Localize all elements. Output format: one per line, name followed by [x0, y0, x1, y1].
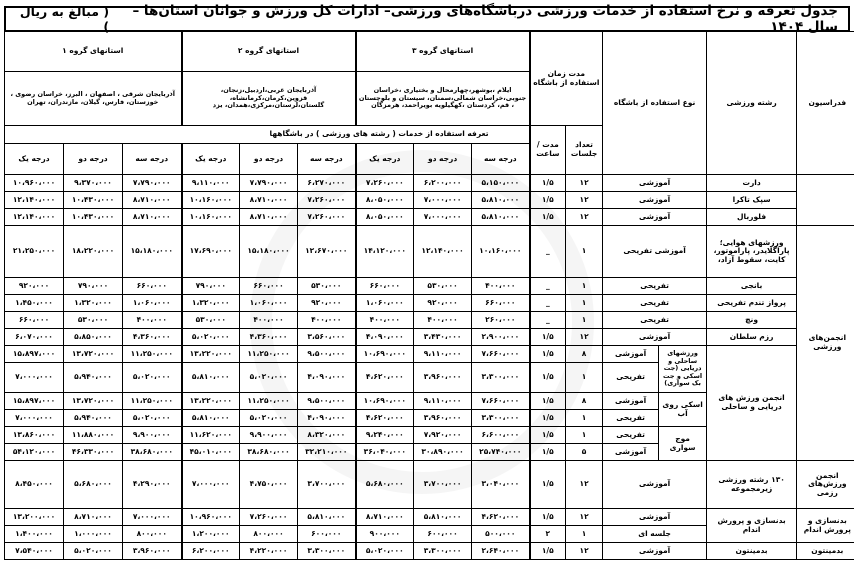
- g1-grade3-price: ۳،۹۶۰،۰۰۰: [123, 543, 182, 560]
- g1-grade1-price: ۱،۴۰۰،۰۰۰: [5, 526, 64, 543]
- sport-name: رزم سلطان: [707, 329, 797, 346]
- g2-grade1-price: ۵،۸۱۰،۰۰۰: [182, 410, 240, 427]
- g1-grade3-price: ۴،۳۶۰،۰۰۰: [123, 329, 182, 346]
- usage-type: آموزشی: [603, 209, 707, 226]
- g3-grade2-price: ۳،۹۶۰،۰۰۰: [414, 410, 472, 427]
- g3-grade3-price: ۲،۶۴۰،۰۰۰: [472, 543, 530, 560]
- g1-grade2-price: ۱۳،۷۲۰،۰۰۰: [64, 346, 123, 363]
- g3-grade1-price: ۴،۶۲۰،۰۰۰: [356, 363, 414, 393]
- g3-grade2-price: ۳،۴۳۰،۰۰۰: [414, 329, 472, 346]
- duration-hours: ۱/۵: [530, 427, 566, 444]
- usage-type: آموزشی: [603, 444, 659, 461]
- duration-hours: ۱/۵: [530, 444, 566, 461]
- header-sessions: تعداد جلسات: [566, 126, 603, 175]
- sport-name: ۱۳۰ رشته ورزشی زیرمجموعه: [707, 461, 797, 509]
- g2-grade3-price: ۴،۰۹۰،۰۰۰: [298, 410, 356, 427]
- table-row: ۲۰ انجمن‌های ورزشی ورزشهای هوایی؛ پاراگل…: [5, 226, 854, 278]
- g3-grade1-price: ۶۶۰،۰۰۰: [356, 278, 414, 295]
- duration-hours: ۱/۵: [530, 509, 566, 526]
- g1-grade1-price: ۷،۵۴۰،۰۰۰: [5, 543, 64, 560]
- g1-grade3-price: ۷،۰۰۰،۰۰۰: [123, 509, 182, 526]
- g1-grade3-price: ۸،۷۱۰،۰۰۰: [123, 192, 182, 209]
- sessions-count: ۱۲: [566, 175, 603, 192]
- table-row: ۲۲ پرواز تندم تفریحی تفریحی ۱ _ ۶۶۰،۰۰۰ …: [5, 295, 854, 312]
- g1-grade2-price: ۱،۰۰۰،۰۰۰: [64, 526, 123, 543]
- g3-grade1-price: ۵،۰۲۰،۰۰۰: [356, 543, 414, 560]
- federation-martial-association: انجمن ورزش‌های رزمی: [797, 461, 854, 509]
- subsport-surfing: موج سواری: [659, 427, 707, 461]
- g3-grade3-price: ۱۰،۱۶۰،۰۰۰: [472, 226, 530, 278]
- header-g2-grade3: درجه سه: [298, 144, 356, 175]
- g3-grade1-price: ۹۰۰،۰۰۰: [356, 526, 414, 543]
- usage-type: تفریحی: [603, 363, 659, 393]
- sport-name: سپک تاکرا: [707, 192, 797, 209]
- header-group2-label: استانهای گروه ۲: [182, 32, 356, 72]
- duration-hours: _: [530, 312, 566, 329]
- g1-grade2-price: ۱۳،۷۲۰،۰۰۰: [64, 393, 123, 410]
- g3-grade2-price: ۱۲،۱۴۰،۰۰۰: [414, 226, 472, 278]
- g2-grade1-price: ۶،۲۰۰،۰۰۰: [182, 543, 240, 560]
- document-title-bar: جدول تعرفه و نرخ استفاده از خدمات ورزشی …: [4, 6, 850, 32]
- g1-grade2-price: ۱۱،۸۸۰،۰۰۰: [64, 427, 123, 444]
- table-row: ۱۸ سپک تاکرا آموزشی ۱۲ ۱/۵ ۵،۸۱۰،۰۰۰ ۷،۰…: [5, 192, 854, 209]
- usage-type: آموزشی: [603, 175, 707, 192]
- sessions-count: ۸: [566, 346, 603, 363]
- table-row: ۳۲ بدنسازی و پرورش اندام بدنسازی و پرورش…: [5, 509, 854, 526]
- g3-grade3-price: ۵،۸۱۰،۰۰۰: [472, 192, 530, 209]
- g2-grade3-price: ۹،۵۰۰،۰۰۰: [298, 393, 356, 410]
- g2-grade1-price: ۷،۰۰۰،۰۰۰: [182, 461, 240, 509]
- g3-grade3-price: ۷،۶۶۰،۰۰۰: [472, 346, 530, 363]
- g3-grade1-price: ۸،۷۱۰،۰۰۰: [356, 509, 414, 526]
- g2-grade1-price: ۷۹۰،۰۰۰: [182, 278, 240, 295]
- g3-grade2-price: ۳،۷۰۰،۰۰۰: [414, 461, 472, 509]
- g3-grade2-price: ۳۰،۸۹۰،۰۰۰: [414, 444, 472, 461]
- g1-grade1-price: ۷،۰۰۰،۰۰۰: [5, 363, 64, 393]
- g1-grade2-price: ۱۰،۴۳۰،۰۰۰: [64, 209, 123, 226]
- g1-grade1-price: ۱۲،۱۴۰،۰۰۰: [5, 209, 64, 226]
- g1-grade3-price: ۱۱،۲۵۰،۰۰۰: [123, 393, 182, 410]
- g3-grade3-price: ۶۶۰،۰۰۰: [472, 295, 530, 312]
- g2-grade2-price: ۱۱،۲۵۰،۰۰۰: [240, 393, 298, 410]
- usage-type: آموزشی: [603, 192, 707, 209]
- header-group2-provinces: آذربایجان غربی،اردبیل،زنجان، قزوین،کرمان…: [182, 72, 356, 126]
- g2-grade2-price: ۸۰۰،۰۰۰: [240, 526, 298, 543]
- header-g3-grade3: درجه سه: [472, 144, 530, 175]
- g3-grade3-price: ۲،۹۰۰،۰۰۰: [472, 329, 530, 346]
- usage-type: آموزشی: [603, 346, 659, 363]
- g3-grade1-price: ۸،۰۵۰،۰۰۰: [356, 209, 414, 226]
- g2-grade1-price: ۱۳،۲۲۰،۰۰۰: [182, 346, 240, 363]
- g3-grade3-price: ۵،۸۱۰،۰۰۰: [472, 209, 530, 226]
- sessions-count: ۱: [566, 278, 603, 295]
- g3-grade2-price: ۷،۰۰۰،۰۰۰: [414, 209, 472, 226]
- duration-hours: ۱/۵: [530, 543, 566, 560]
- g2-grade2-price: ۵،۰۲۰،۰۰۰: [240, 363, 298, 393]
- g2-grade2-price: ۹،۹۰۰،۰۰۰: [240, 427, 298, 444]
- table-row: ۱۷ دارت آموزشی ۱۲ ۱/۵ ۵،۱۵۰،۰۰۰ ۶،۲۰۰،۰۰…: [5, 175, 854, 192]
- g2-grade3-price: ۵،۸۱۰،۰۰۰: [298, 509, 356, 526]
- g3-grade2-price: ۶،۲۰۰،۰۰۰: [414, 175, 472, 192]
- g1-grade2-price: ۱۰،۴۳۰،۰۰۰: [64, 192, 123, 209]
- g2-grade1-price: ۱،۳۲۰،۰۰۰: [182, 295, 240, 312]
- subsport-jetski: ورزشهای ساحلی و دریایی (جت اسکی و جت بک …: [659, 346, 707, 393]
- usage-type: آموزشی تفریحی: [603, 226, 707, 278]
- g3-grade1-price: ۱۰،۶۹۰،۰۰۰: [356, 393, 414, 410]
- federation-cell: [797, 175, 854, 226]
- duration-hours: ۱/۵: [530, 175, 566, 192]
- g1-grade2-price: ۴۶،۳۳۰،۰۰۰: [64, 444, 123, 461]
- g2-grade1-price: ۱۰،۹۶۰،۰۰۰: [182, 509, 240, 526]
- g3-grade2-price: ۷،۹۲۰،۰۰۰: [414, 427, 472, 444]
- sessions-count: ۱: [566, 410, 603, 427]
- g2-grade2-price: ۴،۷۵۰،۰۰۰: [240, 461, 298, 509]
- g1-grade3-price: ۴۰۰،۰۰۰: [123, 312, 182, 329]
- g2-grade1-price: ۵،۸۱۰،۰۰۰: [182, 363, 240, 393]
- g1-grade2-price: ۵،۰۲۰،۰۰۰: [64, 543, 123, 560]
- g2-grade1-price: ۱۱،۶۲۰،۰۰۰: [182, 427, 240, 444]
- table-row: ۲۱ بانجی تفریحی ۱ _ ۴۰۰،۰۰۰ ۵۳۰،۰۰۰ ۶۶۰،…: [5, 278, 854, 295]
- g3-grade2-price: ۶۰۰،۰۰۰: [414, 526, 472, 543]
- g2-grade3-price: ۴،۰۹۰،۰۰۰: [298, 363, 356, 393]
- g2-grade1-price: ۱۰،۱۶۰،۰۰۰: [182, 209, 240, 226]
- federation-associations: انجمن‌های ورزشی: [797, 226, 854, 461]
- g2-grade1-price: ۴۵،۰۱۰،۰۰۰: [182, 444, 240, 461]
- g2-grade2-price: ۸،۷۱۰،۰۰۰: [240, 192, 298, 209]
- g2-grade1-price: ۱،۲۰۰،۰۰۰: [182, 526, 240, 543]
- g3-grade3-price: ۲۶۰،۰۰۰: [472, 312, 530, 329]
- g3-grade1-price: ۱۰،۶۹۰،۰۰۰: [356, 346, 414, 363]
- g3-grade2-price: ۳،۹۶۰،۰۰۰: [414, 363, 472, 393]
- g1-grade1-price: ۸،۴۵۰،۰۰۰: [5, 461, 64, 509]
- usage-type: تفریحی: [603, 295, 707, 312]
- sessions-count: ۱۲: [566, 329, 603, 346]
- g2-grade3-price: ۳،۷۰۰،۰۰۰: [298, 461, 356, 509]
- g1-grade2-price: ۵۳۰،۰۰۰: [64, 312, 123, 329]
- g2-grade3-price: ۳،۳۰۰،۰۰۰: [298, 543, 356, 560]
- g2-grade1-price: ۱۷،۶۹۰،۰۰۰: [182, 226, 240, 278]
- sessions-count: ۸: [566, 393, 603, 410]
- header-duration-group: مدت زمان استفاده از باشگاه: [530, 32, 603, 126]
- header-g3-grade2: درجه دو: [414, 144, 472, 175]
- g3-grade3-price: ۲۵،۷۴۰،۰۰۰: [472, 444, 530, 461]
- usage-type: آموزشی: [603, 329, 707, 346]
- g3-grade2-price: ۴۰۰،۰۰۰: [414, 312, 472, 329]
- g3-grade3-price: ۶،۶۰۰،۰۰۰: [472, 427, 530, 444]
- g3-grade3-price: ۷،۶۶۰،۰۰۰: [472, 393, 530, 410]
- g1-grade2-price: ۸،۷۱۰،۰۰۰: [64, 509, 123, 526]
- table-row: ۳۱ انجمن ورزش‌های رزمی ۱۳۰ رشته ورزشی زی…: [5, 461, 854, 509]
- duration-hours: ۱/۵: [530, 410, 566, 427]
- header-group3-label: استانهای گروه ۳: [356, 32, 530, 72]
- g2-grade3-price: ۷،۲۶۰،۰۰۰: [298, 209, 356, 226]
- g3-grade1-price: ۳۶،۰۴۰،۰۰۰: [356, 444, 414, 461]
- g2-grade2-price: ۸،۷۱۰،۰۰۰: [240, 209, 298, 226]
- duration-hours: ۱/۵: [530, 346, 566, 363]
- g3-grade3-price: ۳،۳۰۰،۰۰۰: [472, 410, 530, 427]
- sport-name: بانجی: [707, 278, 797, 295]
- usage-type: تفریحی: [603, 427, 659, 444]
- g1-grade3-price: ۸۰۰،۰۰۰: [123, 526, 182, 543]
- g3-grade1-price: ۱،۰۶۰،۰۰۰: [356, 295, 414, 312]
- g1-grade2-price: ۵،۹۴۰،۰۰۰: [64, 363, 123, 393]
- g1-grade3-price: ۴،۲۹۰،۰۰۰: [123, 461, 182, 509]
- g2-grade1-price: ۱۰،۱۶۰،۰۰۰: [182, 192, 240, 209]
- sport-name: فلوربال: [707, 209, 797, 226]
- g2-grade3-price: ۴۰۰،۰۰۰: [298, 312, 356, 329]
- duration-hours: _: [530, 226, 566, 278]
- table-row: ۳۴ بدمینتون بدمینتون آموزشی ۱۲ ۱/۵ ۲،۶۴۰…: [5, 543, 854, 560]
- g2-grade3-price: ۷،۲۶۰،۰۰۰: [298, 192, 356, 209]
- g1-grade2-price: ۵،۹۴۰،۰۰۰: [64, 410, 123, 427]
- g1-grade1-price: ۱۳،۸۶۰،۰۰۰: [5, 427, 64, 444]
- g3-grade2-price: ۷،۰۰۰،۰۰۰: [414, 192, 472, 209]
- g2-grade2-price: ۷،۷۹۰،۰۰۰: [240, 175, 298, 192]
- g1-grade1-price: ۶۶۰،۰۰۰: [5, 312, 64, 329]
- g3-grade3-price: ۴،۶۲۰،۰۰۰: [472, 509, 530, 526]
- g2-grade2-price: ۴۰۰،۰۰۰: [240, 312, 298, 329]
- g1-grade2-price: ۱،۳۲۰،۰۰۰: [64, 295, 123, 312]
- g1-grade3-price: ۷،۷۹۰،۰۰۰: [123, 175, 182, 192]
- g2-grade3-price: ۹۲۰،۰۰۰: [298, 295, 356, 312]
- sessions-count: ۱: [566, 312, 603, 329]
- sessions-count: ۱: [566, 526, 603, 543]
- g3-grade1-price: ۹،۲۴۰،۰۰۰: [356, 427, 414, 444]
- g1-grade2-price: ۵،۶۸۰،۰۰۰: [64, 461, 123, 509]
- g3-grade3-price: ۳،۰۴۰،۰۰۰: [472, 461, 530, 509]
- header-g1-grade1: درجه یک: [5, 144, 64, 175]
- duration-hours: ۱/۵: [530, 461, 566, 509]
- g2-grade1-price: ۵،۰۲۰،۰۰۰: [182, 329, 240, 346]
- tariff-document: جدول تعرفه و نرخ استفاده از خدمات ورزشی …: [0, 0, 854, 578]
- g2-grade1-price: ۵۳۰،۰۰۰: [182, 312, 240, 329]
- usage-type: آموزشی: [603, 543, 707, 560]
- duration-hours: ۱/۵: [530, 192, 566, 209]
- g1-grade3-price: ۱،۰۶۰،۰۰۰: [123, 295, 182, 312]
- g1-grade1-price: ۹۲۰،۰۰۰: [5, 278, 64, 295]
- usage-type: آموزشی: [603, 509, 707, 526]
- g2-grade2-price: ۳۸،۶۸۰،۰۰۰: [240, 444, 298, 461]
- sessions-count: ۱۲: [566, 192, 603, 209]
- header-g2-grade1: درجه یک: [182, 144, 240, 175]
- sport-name: دارت: [707, 175, 797, 192]
- table-row: ۲۴ رزم سلطان آموزشی ۱۲ ۱/۵ ۲،۹۰۰،۰۰۰ ۳،۴…: [5, 329, 854, 346]
- header-g3-grade1: درجه یک: [356, 144, 414, 175]
- federation-bodybuilding: بدنسازی و پرورش اندام: [797, 509, 854, 543]
- g2-grade1-price: ۹،۱۱۰،۰۰۰: [182, 175, 240, 192]
- g3-grade1-price: ۸،۰۵۰،۰۰۰: [356, 192, 414, 209]
- g2-grade3-price: ۳۲،۲۱۰،۰۰۰: [298, 444, 356, 461]
- g3-grade3-price: ۵،۱۵۰،۰۰۰: [472, 175, 530, 192]
- sessions-count: ۱: [566, 295, 603, 312]
- g1-grade1-price: ۱۲،۱۴۰،۰۰۰: [5, 192, 64, 209]
- g1-grade1-price: ۱،۴۵۰،۰۰۰: [5, 295, 64, 312]
- sessions-count: ۱: [566, 226, 603, 278]
- g1-grade1-price: ۱۵،۸۹۷،۰۰۰: [5, 393, 64, 410]
- g1-grade1-price: ۱۰،۹۶۰،۰۰۰: [5, 175, 64, 192]
- g2-grade3-price: ۶،۲۷۰،۰۰۰: [298, 175, 356, 192]
- sessions-count: ۱: [566, 427, 603, 444]
- g1-grade3-price: ۵،۰۲۰،۰۰۰: [123, 363, 182, 393]
- g3-grade2-price: ۵،۸۱۰،۰۰۰: [414, 509, 472, 526]
- g3-grade1-price: ۱۴،۱۲۰،۰۰۰: [356, 226, 414, 278]
- g1-grade3-price: ۵،۰۲۰،۰۰۰: [123, 410, 182, 427]
- duration-hours: _: [530, 295, 566, 312]
- header-tariff-caption: تعرفه استفاده از خدمات ( رشته های ورزشی …: [5, 126, 530, 144]
- g3-grade1-price: ۷،۲۶۰،۰۰۰: [356, 175, 414, 192]
- duration-hours: ۱/۵: [530, 209, 566, 226]
- duration-hours: _: [530, 278, 566, 295]
- header-usage-type: نوع استفاده از باشگاه: [603, 32, 707, 175]
- g2-grade3-price: ۳،۵۶۰،۰۰۰: [298, 329, 356, 346]
- g1-grade3-price: ۱۱،۲۵۰،۰۰۰: [123, 346, 182, 363]
- g1-grade1-price: ۲۱،۲۵۰،۰۰۰: [5, 226, 64, 278]
- sport-name: ونچ: [707, 312, 797, 329]
- sessions-count: ۱۲: [566, 509, 603, 526]
- g3-grade3-price: ۳،۳۰۰،۰۰۰: [472, 363, 530, 393]
- header-duration-hours: مدت /ساعت: [530, 126, 566, 175]
- sport-name: ورزشهای هوایی؛ پاراگلایدر، پاراموتور، کا…: [707, 226, 797, 278]
- table-row: ۲۳ ونچ تفریحی ۱ _ ۲۶۰،۰۰۰ ۴۰۰،۰۰۰ ۴۰۰،۰۰…: [5, 312, 854, 329]
- g3-grade2-price: ۹،۱۱۰،۰۰۰: [414, 393, 472, 410]
- g1-grade3-price: ۸،۷۱۰،۰۰۰: [123, 209, 182, 226]
- g1-grade3-price: ۹،۹۰۰،۰۰۰: [123, 427, 182, 444]
- sport-bodybuilding: بدنسازی و پرورش اندام: [707, 509, 797, 543]
- duration-hours: ۱/۵: [530, 363, 566, 393]
- usage-type: تفریحی: [603, 278, 707, 295]
- usage-type: جلسه ای: [603, 526, 707, 543]
- g2-grade2-price: ۱۱،۲۵۰،۰۰۰: [240, 346, 298, 363]
- g2-grade3-price: ۱۲،۶۷۰،۰۰۰: [298, 226, 356, 278]
- g2-grade2-price: ۴،۲۲۰،۰۰۰: [240, 543, 298, 560]
- duration-hours: ۲: [530, 526, 566, 543]
- g3-grade1-price: ۴،۰۹۰،۰۰۰: [356, 329, 414, 346]
- g2-grade2-price: ۶۶۰،۰۰۰: [240, 278, 298, 295]
- sport-name: پرواز تندم تفریحی: [707, 295, 797, 312]
- header-sport: رشته ورزشی: [707, 32, 797, 175]
- g2-grade3-price: ۸،۳۲۰،۰۰۰: [298, 427, 356, 444]
- header-group1-label: استانهای گروه ۱: [5, 32, 182, 72]
- header-group1-provinces: آذربایجان شرقی ، اصفهان ، البرز، خراسان …: [5, 72, 182, 126]
- g2-grade2-price: ۱،۰۶۰،۰۰۰: [240, 295, 298, 312]
- sessions-count: ۱۲: [566, 461, 603, 509]
- sessions-count: ۱۲: [566, 209, 603, 226]
- g2-grade3-price: ۵۳۰،۰۰۰: [298, 278, 356, 295]
- g1-grade2-price: ۹،۳۷۰،۰۰۰: [64, 175, 123, 192]
- usage-type: آموزشی: [603, 393, 659, 410]
- g2-grade2-price: ۱۵،۱۸۰،۰۰۰: [240, 226, 298, 278]
- sessions-count: ۱: [566, 363, 603, 393]
- header-group3-provinces: ایلام ،بوشهر،چهارمحال و بختیاری ،خراسان …: [356, 72, 530, 126]
- g1-grade2-price: ۱۸،۲۲۰،۰۰۰: [64, 226, 123, 278]
- duration-hours: ۱/۵: [530, 393, 566, 410]
- sessions-count: ۵: [566, 444, 603, 461]
- header-g1-grade3: درجه سه: [123, 144, 182, 175]
- g3-grade1-price: ۴،۶۲۰،۰۰۰: [356, 410, 414, 427]
- header-g2-grade2: درجه دو: [240, 144, 298, 175]
- g1-grade3-price: ۱۵،۱۸۰،۰۰۰: [123, 226, 182, 278]
- g1-grade1-price: ۱۳،۲۰۰،۰۰۰: [5, 509, 64, 526]
- g3-grade2-price: ۹،۱۱۰،۰۰۰: [414, 346, 472, 363]
- g2-grade2-price: ۴،۳۶۰،۰۰۰: [240, 329, 298, 346]
- header-federation: فدراسیون: [797, 32, 854, 175]
- usage-type: تفریحی: [603, 312, 707, 329]
- g2-grade2-price: ۷،۲۶۰،۰۰۰: [240, 509, 298, 526]
- sport-water-association: انجمن ورزش های دریایی و ساحلی: [707, 346, 797, 461]
- g2-grade3-price: ۶۰۰،۰۰۰: [298, 526, 356, 543]
- g1-grade3-price: ۶۶۰،۰۰۰: [123, 278, 182, 295]
- sessions-count: ۱۲: [566, 543, 603, 560]
- g2-grade3-price: ۹،۵۰۰،۰۰۰: [298, 346, 356, 363]
- g3-grade1-price: ۴۰۰،۰۰۰: [356, 312, 414, 329]
- federation-badminton: بدمینتون: [797, 543, 854, 560]
- subsport-waterski: اسکی روی آب: [659, 393, 707, 427]
- sport-name: بدمینتون: [707, 543, 797, 560]
- g1-grade1-price: ۶،۰۷۰،۰۰۰: [5, 329, 64, 346]
- g1-grade1-price: ۵۴،۱۲۰،۰۰۰: [5, 444, 64, 461]
- g1-grade2-price: ۷۹۰،۰۰۰: [64, 278, 123, 295]
- g3-grade1-price: ۵،۶۸۰،۰۰۰: [356, 461, 414, 509]
- g3-grade2-price: ۹۲۰،۰۰۰: [414, 295, 472, 312]
- g3-grade2-price: ۳،۳۰۰،۰۰۰: [414, 543, 472, 560]
- usage-type: آموزشی: [603, 461, 707, 509]
- table-row: ۱۹ فلوربال آموزشی ۱۲ ۱/۵ ۵،۸۱۰،۰۰۰ ۷،۰۰۰…: [5, 209, 854, 226]
- g1-grade3-price: ۳۸،۶۸۰،۰۰۰: [123, 444, 182, 461]
- g2-grade2-price: ۵،۰۲۰،۰۰۰: [240, 410, 298, 427]
- g3-grade3-price: ۵۰۰،۰۰۰: [472, 526, 530, 543]
- header-g1-grade2: درجه دو: [64, 144, 123, 175]
- tariff-table: ردیف فدراسیون رشته ورزشی نوع استفاده از …: [4, 31, 854, 560]
- g3-grade3-price: ۴۰۰،۰۰۰: [472, 278, 530, 295]
- usage-type: تفریحی: [603, 410, 659, 427]
- g3-grade2-price: ۵۳۰،۰۰۰: [414, 278, 472, 295]
- g1-grade2-price: ۵،۸۵۰،۰۰۰: [64, 329, 123, 346]
- table-row: ۲۵ انجمن ورزش های دریایی و ساحلی ورزشهای…: [5, 346, 854, 363]
- g1-grade1-price: ۷،۰۰۰،۰۰۰: [5, 410, 64, 427]
- duration-hours: ۱/۵: [530, 329, 566, 346]
- g2-grade1-price: ۱۳،۲۲۰،۰۰۰: [182, 393, 240, 410]
- currency-unit-note: ( مبالغ به ریال ): [16, 4, 109, 34]
- g1-grade1-price: ۱۵،۸۹۷،۰۰۰: [5, 346, 64, 363]
